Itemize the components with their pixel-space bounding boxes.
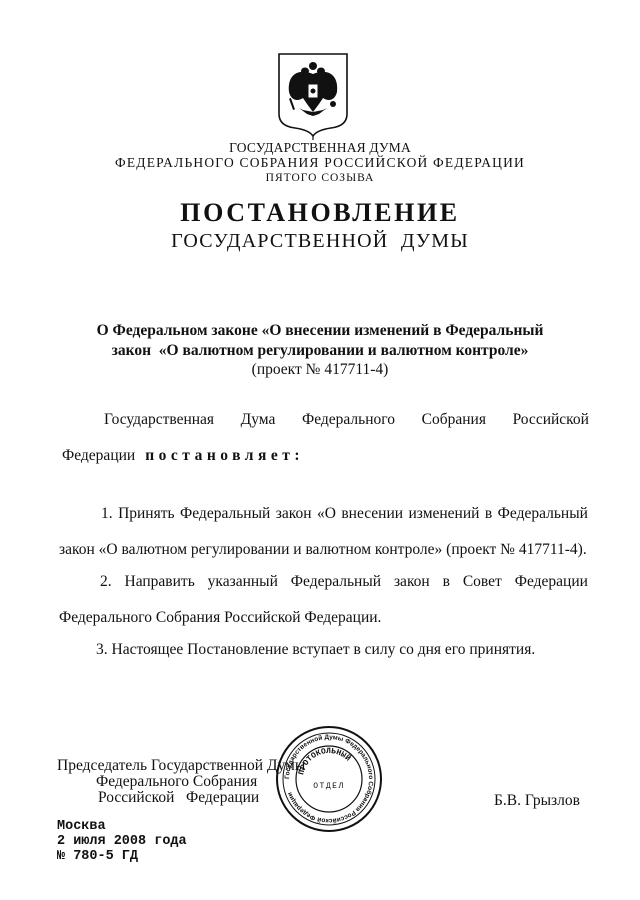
coat-of-arms-emblem: [277, 52, 349, 140]
item-3-line-1: 3. Настоящее Постановление вступает в си…: [96, 641, 535, 659]
item-word: в: [443, 573, 450, 591]
svg-text:ПРОТОКОЛЬНЫЙ: ПРОТОКОЛЬНЫЙ: [297, 747, 352, 776]
subject-project-number: (проект № 417711-4): [0, 361, 640, 379]
item-word: Федерации: [515, 573, 588, 591]
preamble-word: Государственная: [104, 411, 214, 429]
item-word: в: [485, 505, 492, 523]
signatory-name: Б.В. Грызлов: [494, 792, 580, 810]
item-1-line-1: 1. Принять Федеральный закон «О внесении…: [101, 505, 588, 523]
preamble-word: Российской: [513, 411, 589, 429]
item-word: Федеральный: [498, 505, 588, 523]
item-word: Федеральный: [180, 505, 270, 523]
preamble-word: Собрания: [422, 411, 486, 429]
stamp-center-top: ПРОТОКОЛЬНЫЙ: [297, 747, 352, 776]
preamble-line-1: Государственная Дума Федерального Собран…: [104, 411, 589, 429]
footer-number: № 780-5 ГД: [57, 849, 138, 864]
item-word: 2.: [100, 573, 112, 591]
subject-line-1: О Федеральном законе «О внесении изменен…: [0, 322, 640, 340]
header-line-duma: ГОСУДАРСТВЕННАЯ ДУМА: [0, 140, 640, 156]
item-word: закон: [394, 573, 430, 591]
item-1-line-2: закон «О валютном регулировании и валютн…: [59, 541, 587, 559]
item-word: Принять: [118, 505, 175, 523]
official-stamp: Государственной Думы Федерального Собран…: [273, 705, 385, 845]
stamp-center-text: ОТДЕЛ: [313, 782, 345, 791]
item-word: Федеральный: [291, 573, 381, 591]
preamble-federation: Федерации: [62, 447, 135, 464]
signatory-title-line-3: Российской Федерации: [98, 789, 259, 807]
document-title: ПОСТАНОВЛЕНИЕ: [0, 198, 640, 228]
item-word: внесении: [341, 505, 403, 523]
item-2-line-1: 2. Направить указанный Федеральный закон…: [100, 573, 588, 591]
preamble-word: Федерального: [302, 411, 395, 429]
item-2-line-2: Федерального Собрания Российской Федерац…: [59, 609, 381, 627]
preamble-resolves: постановляет:: [145, 447, 304, 464]
header-line-convocation: ПЯТОГО СОЗЫВА: [0, 172, 640, 184]
item-word: Направить: [125, 573, 195, 591]
preamble-word: Дума: [241, 411, 276, 429]
header-line-assembly: ФЕДЕРАЛЬНОГО СОБРАНИЯ РОССИЙСКОЙ ФЕДЕРАЦ…: [0, 155, 640, 171]
item-word: 1.: [101, 505, 113, 523]
footer-city: Москва: [57, 819, 106, 834]
item-word: Совет: [463, 573, 502, 591]
item-word: изменений: [409, 505, 480, 523]
document-subtitle: ГОСУДАРСТВЕННОЙ ДУМЫ: [0, 230, 640, 253]
subject-line-2: закон «О валютном регулировании и валютн…: [0, 342, 640, 360]
item-word: указанный: [208, 573, 278, 591]
footer-date: 2 июля 2008 года: [57, 834, 187, 849]
preamble-line-2: Федерациипостановляет:: [62, 447, 304, 465]
item-word: «О: [317, 505, 336, 523]
item-word: закон: [276, 505, 312, 523]
